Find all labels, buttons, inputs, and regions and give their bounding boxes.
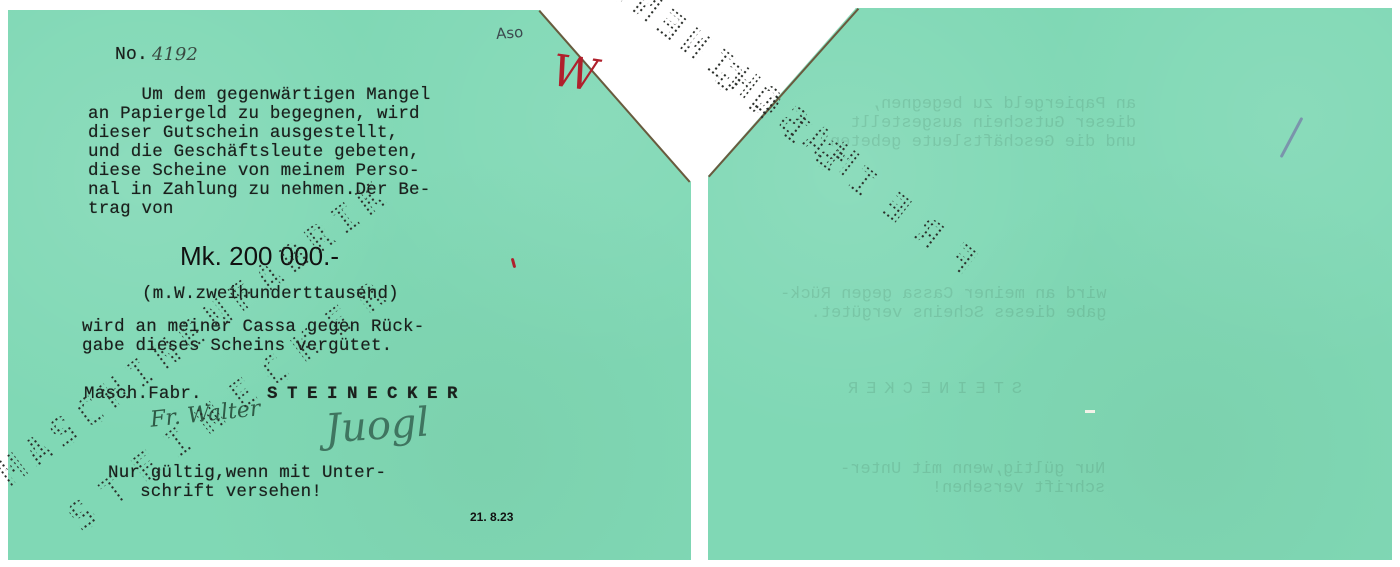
pencil-note: Aso: [495, 23, 523, 43]
red-pencil-mark: W: [549, 45, 601, 102]
show-through-text: Nur gültig,wenn mit Unter- schrift verse…: [840, 460, 1105, 498]
serial-number-value: 4192: [152, 44, 198, 65]
show-through-text: wird an meiner Cassa gegen Rück- gabe di…: [780, 285, 1106, 323]
show-through-text: STEINECKER: [840, 380, 1022, 399]
issuer-name: STEINECKER: [267, 385, 467, 404]
serial-number-label: No.: [115, 46, 148, 65]
paper-speck: [1085, 410, 1095, 413]
signature: Juogl: [324, 399, 431, 452]
show-through-text: an Papiergeld zu begegnen, dieser Gutsch…: [830, 95, 1136, 152]
issue-date: 21. 8.23: [470, 510, 513, 524]
